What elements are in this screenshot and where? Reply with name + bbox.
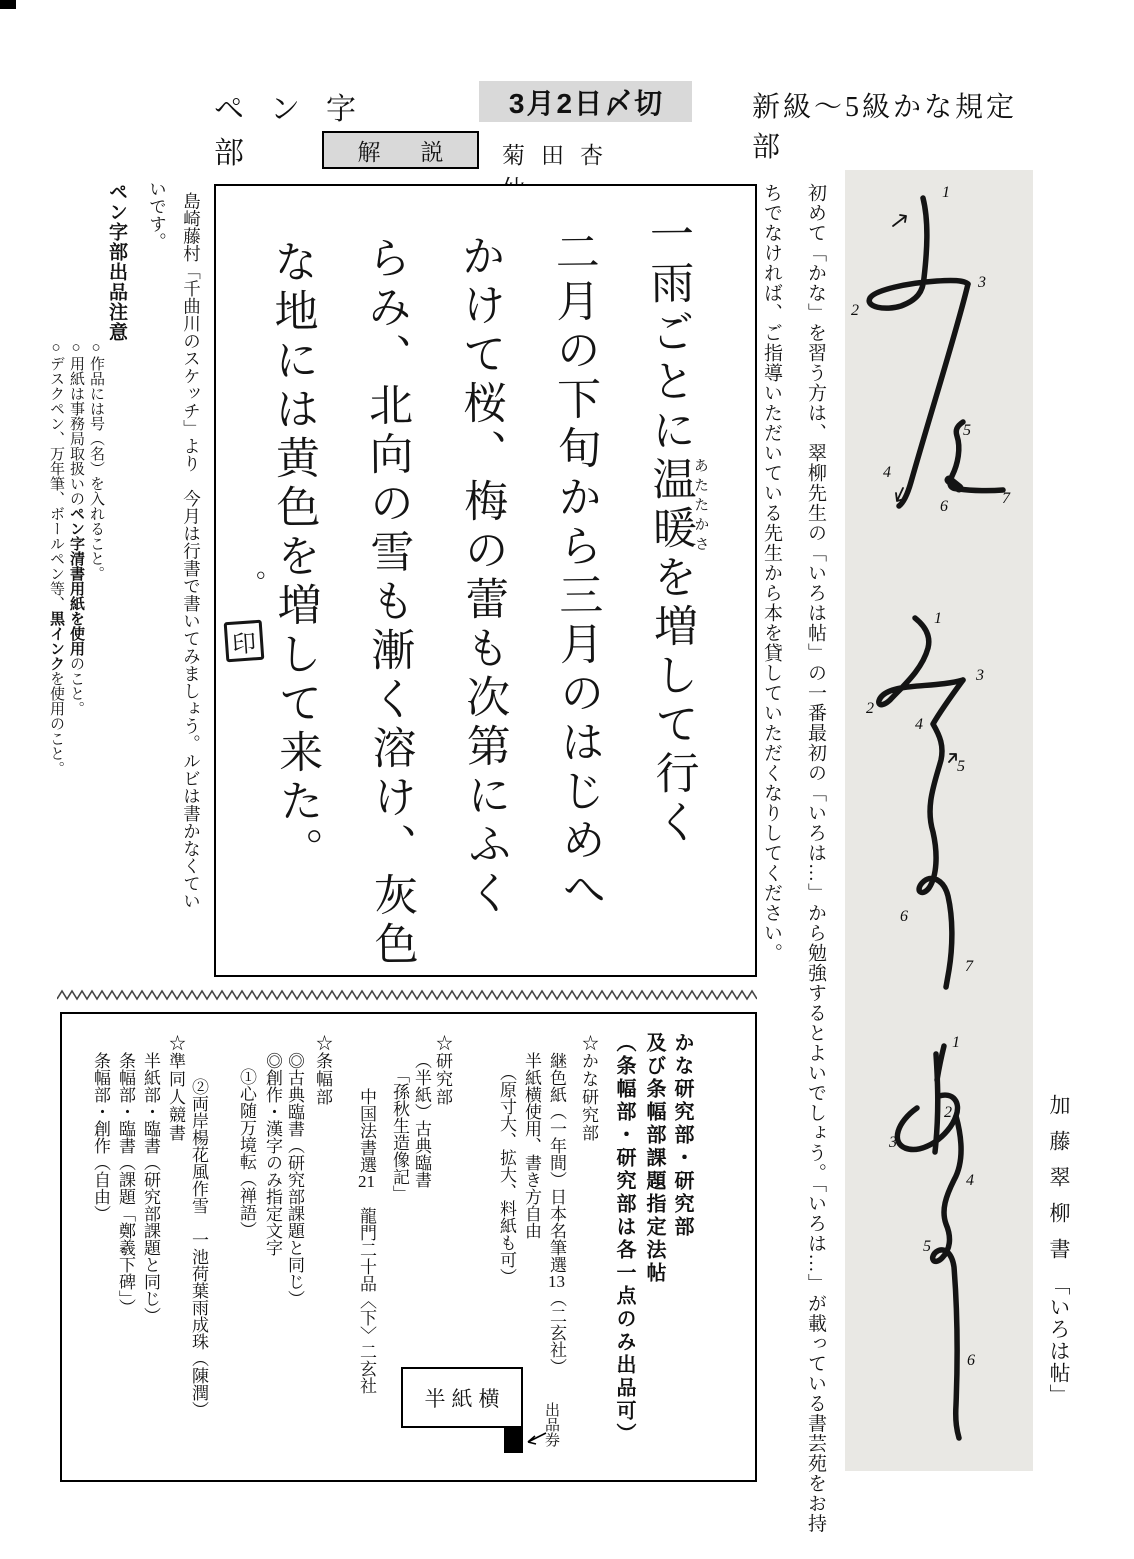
stroke-direction-arrow <box>896 488 904 501</box>
print-corner-mark <box>0 0 16 9</box>
jun-section-item: 半紙部・臨書（研究部課題と同じ） <box>142 1052 159 1324</box>
calligraphy-stroke <box>899 284 968 506</box>
handwriting-column-3: かけて桜、梅の蕾も次第にふく <box>456 233 507 919</box>
jun-section-title: ☆準同人競書 <box>167 1034 184 1142</box>
assignments-header-3: （条幅部・研究部は各一点のみ出品可） <box>614 1032 634 1446</box>
wavy-separator <box>57 988 757 1002</box>
stroke-direction-arrow <box>893 215 906 226</box>
handwriting-column-1: 一雨ごとに温暖あたたかさを増して行く <box>645 211 712 849</box>
assignments-header-1: かな研究部・研究部 <box>672 1032 692 1239</box>
jofuku-section-item: ①心随万境転（禅語） <box>238 1068 255 1238</box>
stroke-order-number: 4 <box>883 464 891 482</box>
handwriting-column-5: な地には黄色を増して来た。 <box>269 239 320 876</box>
kana-section-item: （原寸大、拡大、料紙も可） <box>498 1064 515 1285</box>
jofuku-section-item: ◎古典臨書（研究部課題と同じ） <box>286 1052 303 1307</box>
iroha-note-column-2: ちでなければ、ご指導いただいている先生から本を貸していただくなりしてください。 <box>762 183 781 963</box>
submission-rules-title: ペン字部出品注意 <box>107 182 126 342</box>
stroke-order-number: 3 <box>976 667 984 685</box>
jofuku-section-item: ②両岸楊花風作雪 一池荷葉雨成珠（陳潤） <box>190 1078 207 1418</box>
submission-rule-item: ○用紙は事務局取扱いのペン字清書用紙を使用のこと。 <box>68 340 84 716</box>
magazine-page: ペン字部 3月2日〆切 新級〜5級かな規定部 解説 菊田杏仙 一雨ごとに温暖あた… <box>0 0 1134 1559</box>
stroke-order-number: 5 <box>963 422 971 440</box>
entry-ticket-square <box>504 1428 523 1453</box>
calligraphy-stroke <box>879 618 963 705</box>
submission-rule-item: ○デスクペン、万年筆、ボールペン等、黒インクを使用のこと。 <box>48 340 64 776</box>
stroke-order-number: 2 <box>866 700 874 718</box>
jofuku-section-item: ◎創作・漢字のみ指定文字 <box>264 1052 281 1256</box>
calligraphy-stroke <box>919 680 963 987</box>
submission-rule-item: ○作品には号（名）を入れること。 <box>88 340 103 581</box>
handwriting-end-mark: 。 <box>238 570 264 596</box>
calligraphy-stroke <box>949 480 959 488</box>
jofuku-section-title: ☆条幅部 <box>314 1034 331 1106</box>
stroke-order-number: 3 <box>889 1134 897 1152</box>
seal-placeholder: 印 <box>224 620 265 663</box>
source-note-column-1: 島崎藤村「千曲川のスケッチ」より 今月は行書で書いてみましょう。ルビは書かなくて… <box>182 192 200 910</box>
source-note-column-2: いです。 <box>148 180 166 250</box>
iroha-calligraphy-panel: 1 2 3 4 5 6 7 1 2 3 4 5 6 7 1 2 3 4 5 6 <box>845 170 1033 1471</box>
stroke-order-number: 6 <box>900 908 908 926</box>
cursive-kana-strokes <box>845 170 1033 1471</box>
ruby-annotation: 温暖あたたかさ <box>645 456 695 555</box>
kenkyu-section-item: （半紙）古典臨書 <box>413 1052 430 1188</box>
jun-section-item: 条幅部・創作（自由） <box>92 1052 109 1222</box>
stroke-order-number: 5 <box>923 1238 931 1256</box>
iroha-note-column-1: 初めて「かな」を習う方は、翠柳先生の「いろは帖」の一番最初の「いろは…」から勉強… <box>806 183 825 1534</box>
stroke-order-number: 6 <box>967 1352 975 1370</box>
stroke-order-number: 1 <box>942 184 950 202</box>
stroke-order-number: 1 <box>952 1034 960 1052</box>
assignments-header-2: 及び条幅部課題指定法帖 <box>644 1032 664 1285</box>
stroke-order-number: 5 <box>957 758 965 776</box>
calligraphy-stroke <box>933 1116 961 1438</box>
deadline-badge: 3月2日〆切 <box>479 81 692 122</box>
handwriting-column-2: 二月の下旬から三月のはじめへ <box>550 229 601 915</box>
stroke-order-number: 6 <box>940 498 948 516</box>
stroke-order-number: 3 <box>978 274 986 292</box>
stroke-order-number: 7 <box>1002 490 1010 508</box>
kana-section-item: 半紙横使用、書き方自由 <box>523 1052 540 1239</box>
grade-range-label: 新級〜5級かな規定部 <box>752 85 1045 165</box>
kana-section-item: 継色紙（一年間）日本名筆選13（二玄社） <box>548 1052 565 1375</box>
stroke-order-number: 4 <box>915 716 923 734</box>
handwriting-column-4: らみ、北向の雪も漸く溶け、灰色 <box>362 235 414 970</box>
calligraphy-caption: 加藤翠柳書「いろは帖」 <box>1048 1094 1069 1406</box>
calligraphy-stroke <box>869 198 968 308</box>
entry-ticket-label: 出品券 <box>543 1402 558 1447</box>
stroke-order-number: 2 <box>851 302 859 320</box>
paper-format-diagram: 半紙横 <box>401 1367 523 1428</box>
stroke-order-number: 4 <box>966 1172 974 1190</box>
jun-section-item: 条幅部・臨書（課題「鄭羲下碑」） <box>117 1052 134 1316</box>
kenkyu-section-title: ☆研究部 <box>434 1034 451 1106</box>
stroke-direction-arrow <box>949 754 956 762</box>
commentary-label-box: 解説 <box>322 131 479 169</box>
kenkyu-section-item: 中国法書選21 龍門二十品〈下〉二玄社 <box>358 1088 375 1394</box>
kana-section-title: ☆かな研究部 <box>580 1034 597 1142</box>
stroke-order-number: 2 <box>944 1104 952 1122</box>
calligraphy-stroke <box>950 422 1003 491</box>
stroke-order-number: 7 <box>965 958 973 976</box>
kenkyu-section-item: 「孫秋生造像記」 <box>391 1066 408 1202</box>
stroke-order-number: 1 <box>934 610 942 628</box>
